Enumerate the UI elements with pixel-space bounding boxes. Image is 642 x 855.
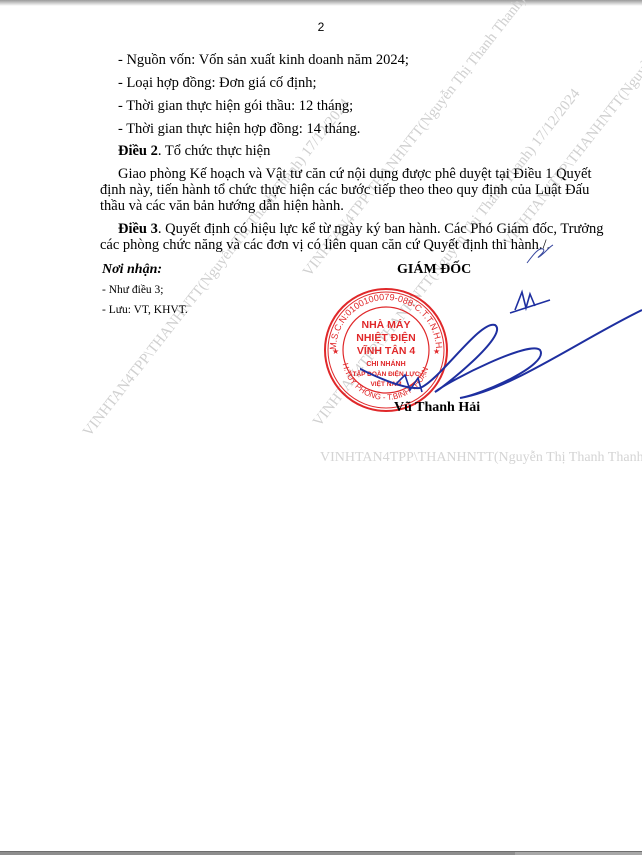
signature: [360, 280, 642, 410]
article-3-label: Điều 3: [118, 221, 158, 237]
article-2-line-3: thầu và các văn bản hướng dẫn hiện hành.: [100, 198, 580, 215]
article-3-line-2: các phòng chức năng và các đơn vị có liê…: [100, 237, 580, 254]
recipients-title: Nơi nhận:: [102, 262, 162, 278]
bullet-contract-duration: - Thời gian thực hiện hợp đồng: 14 tháng…: [118, 121, 360, 138]
article-2-line-2: định này, tiến hành tổ chức thực hiện cá…: [100, 182, 580, 199]
page-top-shadow: [0, 0, 642, 6]
article-2-title: . Tổ chức thực hiện: [158, 143, 271, 159]
article-2-label: Điều 2: [118, 143, 158, 159]
article-3-text: . Quyết định có hiệu lực kể từ ngày ký b…: [158, 221, 604, 237]
article-2-heading: Điều 2. Tổ chức thực hiện: [118, 143, 270, 160]
initial-signature: [525, 243, 555, 265]
bullet-contract-type: - Loại hợp đồng: Đơn giá cố định;: [118, 75, 317, 92]
svg-text:★: ★: [332, 347, 339, 356]
watermark-horizontal: VINHTAN4TPP\THANHNTT(Nguyễn Thị Thanh Th…: [320, 450, 642, 466]
article-3-line-1: Điều 3. Quyết định có hiệu lực kể từ ngà…: [100, 221, 580, 238]
article-2-line-1: Giao phòng Kế hoạch và Vật tư căn cứ nội…: [100, 166, 580, 183]
bullet-package-duration: - Thời gian thực hiện gói thầu: 12 tháng…: [118, 98, 353, 115]
recipient-item: - Như điều 3;: [102, 284, 164, 296]
signer-title: GIÁM ĐỐC: [397, 262, 471, 278]
bullet-funding-source: - Nguồn vốn: Vốn sản xuất kinh doanh năm…: [118, 52, 409, 69]
page-number: 2: [0, 20, 642, 34]
horizontal-scrollbar[interactable]: [0, 851, 642, 855]
recipient-item: - Lưu: VT, KHVT.: [102, 304, 188, 316]
signer-name: Vũ Thanh Hải: [394, 400, 480, 416]
